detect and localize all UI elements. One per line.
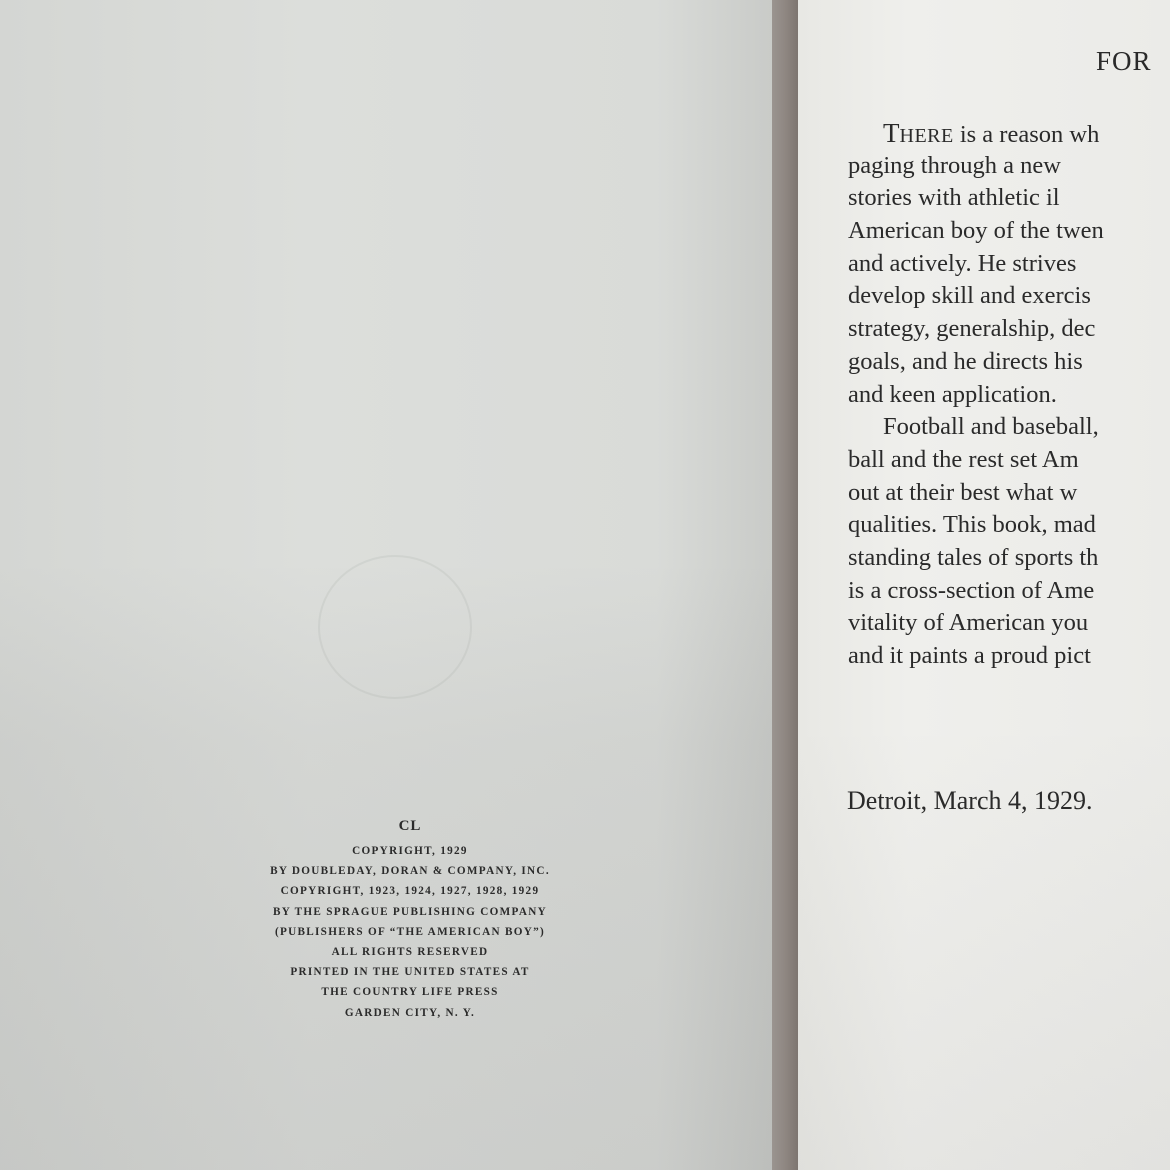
colophon-line: COPYRIGHT, 1923, 1924, 1927, 1928, 1929 bbox=[222, 881, 598, 901]
colophon-line: BY THE SPRAGUE PUBLISHING COMPANY bbox=[222, 902, 598, 922]
text-line: vitality of American you bbox=[848, 607, 1170, 640]
text-line: standing tales of sports th bbox=[848, 542, 1170, 575]
page-heading: FOR bbox=[1096, 46, 1152, 77]
left-page: ​ CL COPYRIGHT, 1929 BY DOUBLEDAY, DORAN… bbox=[0, 0, 772, 1170]
colophon-line: COPYRIGHT, 1929 bbox=[222, 841, 598, 861]
text-line: qualities. This book, mad bbox=[848, 509, 1170, 542]
colophon-line: THE COUNTRY LIFE PRESS bbox=[222, 982, 598, 1002]
text-line: Football and baseball, bbox=[848, 411, 1170, 444]
text-line: is a cross-section of Ame bbox=[848, 575, 1170, 608]
colophon-line: GARDEN CITY, N. Y. bbox=[222, 1003, 598, 1023]
foreword-body: THERE is a reason wh paging through a ne… bbox=[848, 117, 1170, 673]
paragraph-first-line: THERE is a reason wh bbox=[848, 117, 1170, 150]
small-caps-word: HERE bbox=[900, 125, 954, 147]
printer-mark: CL bbox=[222, 818, 598, 835]
text-line: out at their best what w bbox=[848, 477, 1170, 510]
book-gutter bbox=[772, 0, 798, 1170]
colophon-line: (PUBLISHERS OF “THE AMERICAN BOY”) bbox=[222, 922, 598, 942]
text-line: and it paints a proud pict bbox=[848, 640, 1170, 673]
dateline: Detroit, March 4, 1929. bbox=[847, 786, 1093, 816]
text-line: stories with athletic il bbox=[848, 182, 1170, 215]
text-line: goals, and he directs his bbox=[848, 346, 1170, 379]
text-line: develop skill and exercis bbox=[848, 280, 1170, 313]
drop-initial: T bbox=[883, 118, 900, 148]
text-line: strategy, generalship, dec bbox=[848, 313, 1170, 346]
copyright-colophon: CL COPYRIGHT, 1929 BY DOUBLEDAY, DORAN &… bbox=[222, 818, 598, 1023]
show-through-emblem bbox=[318, 555, 472, 699]
text-line: American boy of the twen bbox=[848, 215, 1170, 248]
colophon-line: BY DOUBLEDAY, DORAN & COMPANY, INC. bbox=[222, 861, 598, 881]
text-line: and keen application. bbox=[848, 379, 1170, 412]
colophon-line: ALL RIGHTS RESERVED bbox=[222, 942, 598, 962]
text-line: paging through a new bbox=[848, 150, 1170, 183]
colophon-line: PRINTED IN THE UNITED STATES AT bbox=[222, 962, 598, 982]
text-line: and actively. He strives bbox=[848, 248, 1170, 281]
text-line: ball and the rest set Am bbox=[848, 444, 1170, 477]
text-span: is a reason wh bbox=[954, 121, 1100, 148]
